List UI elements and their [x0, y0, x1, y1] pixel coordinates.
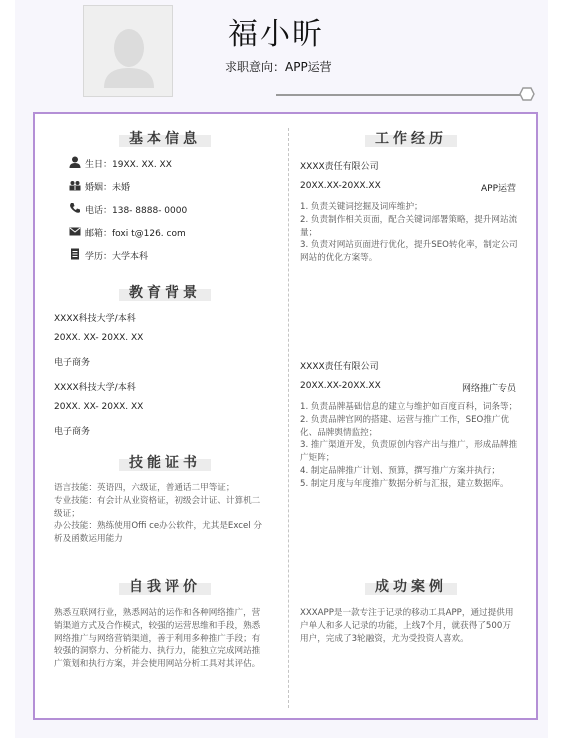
job1-period: 20XX.XX-20XX.XX	[300, 181, 381, 191]
info-phone: 电话：138- 8888- 0000	[85, 203, 187, 216]
edu-major-1: 电子商务	[54, 355, 90, 368]
job2-role: 网络推广专员	[462, 381, 516, 394]
job2-period: 20XX.XX-20XX.XX	[300, 381, 381, 391]
avatar-silhouette-icon	[102, 28, 156, 90]
person-icon	[69, 156, 81, 168]
edu-major-2: 电子商务	[54, 424, 90, 437]
edu-school-1: XXXX科技大学/本科	[54, 311, 136, 324]
section-title-work-experience: 工作经历	[365, 135, 457, 147]
hexagon-ornament-icon	[519, 87, 535, 101]
mail-icon	[69, 225, 81, 237]
column-divider	[288, 128, 289, 708]
job1-company: XXXX责任有限公司	[300, 159, 379, 172]
section-title-education: 教育背景	[119, 289, 211, 301]
candidate-name: 福小昕	[228, 9, 324, 53]
section-title-skills: 技能证书	[119, 459, 211, 471]
success-case-text: XXXAPP是一款专注于记录的移动工具APP，通过提供用户单人和多人记录的功能，…	[300, 607, 518, 645]
job2-company: XXXX责任有限公司	[300, 359, 379, 372]
job1-duties: 1. 负责关键词挖掘及词库维护； 2. 负责制作相关页面，配合关键词部署策略，提…	[300, 201, 518, 265]
edu-period-1: 20XX. XX- 20XX. XX	[54, 333, 143, 343]
info-birthday: 生日：19XX. XX. XX	[85, 157, 172, 170]
edu-school-2: XXXX科技大学/本科	[54, 380, 136, 393]
job-intent: 求职意向：APP运营	[225, 58, 332, 75]
section-title-self-evaluation: 自我评价	[119, 583, 211, 595]
document-icon	[69, 248, 81, 260]
skills-text: 语言技能：英语四，六级证，普通话二甲等证； 专业技能：有会计从业资格证，初级会计…	[54, 482, 266, 546]
section-title-success-cases: 成功案例	[365, 583, 457, 595]
edu-period-2: 20XX. XX- 20XX. XX	[54, 402, 143, 412]
self-evaluation-text: 熟悉互联网行业，熟悉网站的运作和各种网络推广，营销渠道方式及合作模式，较强的运营…	[54, 607, 266, 671]
resume-content-frame: 基本信息 生日：19XX. XX. XX 婚姻：未婚 电话：138- 8888-…	[33, 112, 538, 720]
info-email: 邮箱：foxi t@126. com	[85, 226, 186, 239]
info-education-level: 学历：大学本科	[85, 249, 148, 262]
phone-icon	[69, 202, 81, 214]
section-title-basic-info: 基本信息	[119, 135, 211, 147]
header-divider-line	[276, 94, 520, 96]
info-marital-status: 婚姻：未婚	[85, 180, 130, 193]
couple-icon	[69, 179, 81, 191]
job2-duties: 1. 负责品牌基础信息的建立与维护如百度百科，词条等； 2. 负责品牌官网的搭建…	[300, 401, 518, 491]
job1-role: APP运营	[481, 181, 516, 194]
profile-photo-placeholder	[83, 5, 173, 97]
